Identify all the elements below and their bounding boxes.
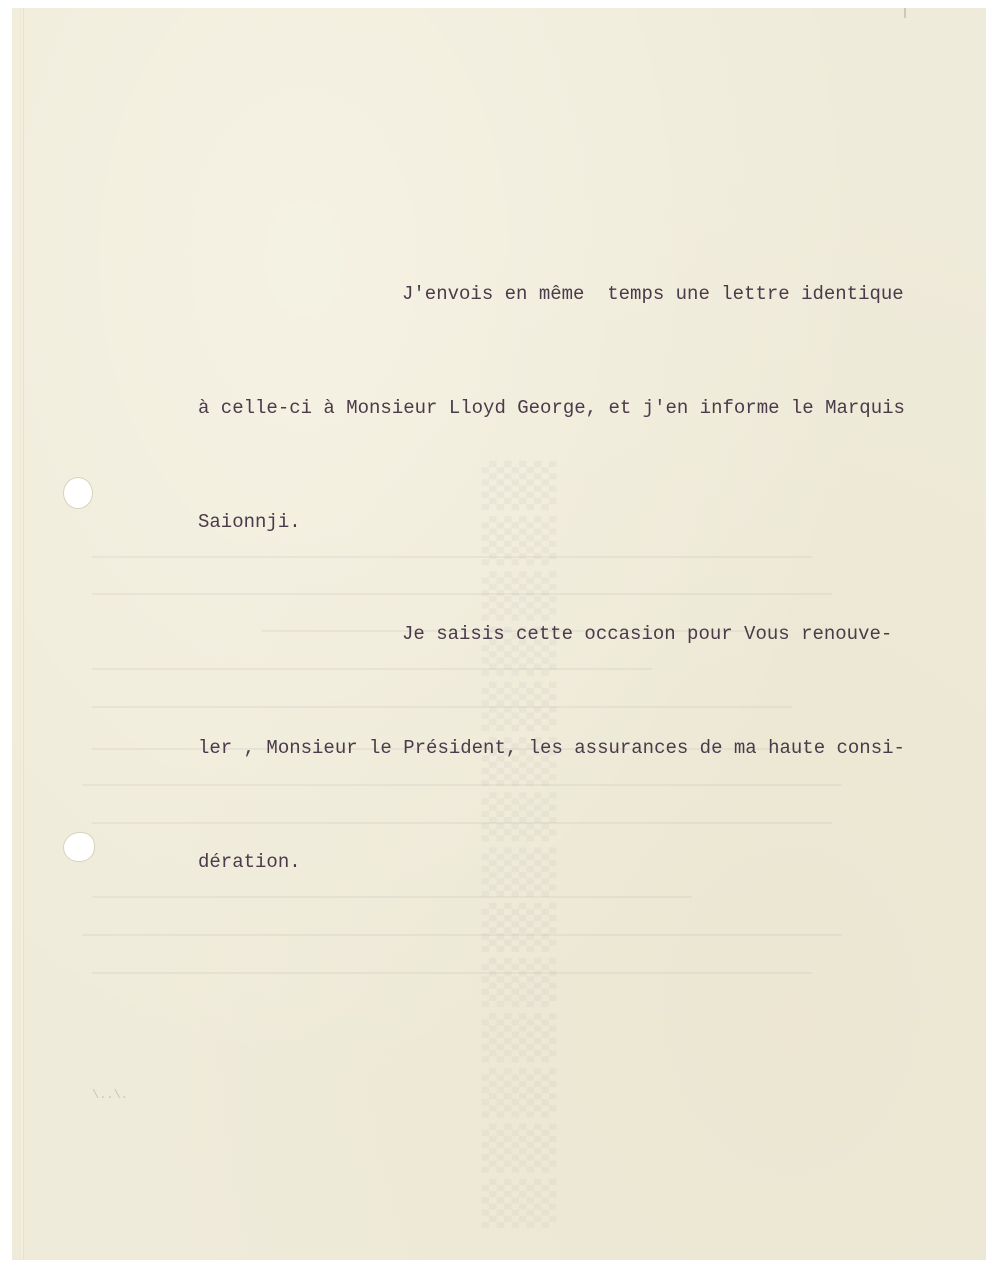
- paragraph-1-line-3: Saionnji.: [198, 503, 928, 539]
- paragraph-1-line-1: J'envois en même temps une lettre identi…: [198, 275, 928, 313]
- paragraph-2-line-2: ler , Monsieur le Président, les assuran…: [198, 729, 928, 767]
- letter-page: ▒▒▒▒▒▒▒▒▒▒▒▒▒▒ J'envois en même temps un…: [12, 8, 986, 1260]
- page-fold-line: [20, 8, 24, 1260]
- paragraph-2-line-1: Je saisis cette occasion pour Vous renou…: [198, 615, 928, 653]
- bleed-through-line: [92, 972, 812, 974]
- pencil-mark: \..\.: [92, 1088, 128, 1102]
- paragraph-1-line-2: à celle-ci à Monsieur Lloyd George, et j…: [198, 389, 928, 427]
- punch-hole: [64, 833, 94, 861]
- letter-body: J'envois en même temps une lettre identi…: [198, 199, 928, 957]
- paragraph-2-line-3: dération.: [198, 843, 928, 881]
- paper-notch: [904, 8, 906, 18]
- punch-hole: [64, 478, 92, 508]
